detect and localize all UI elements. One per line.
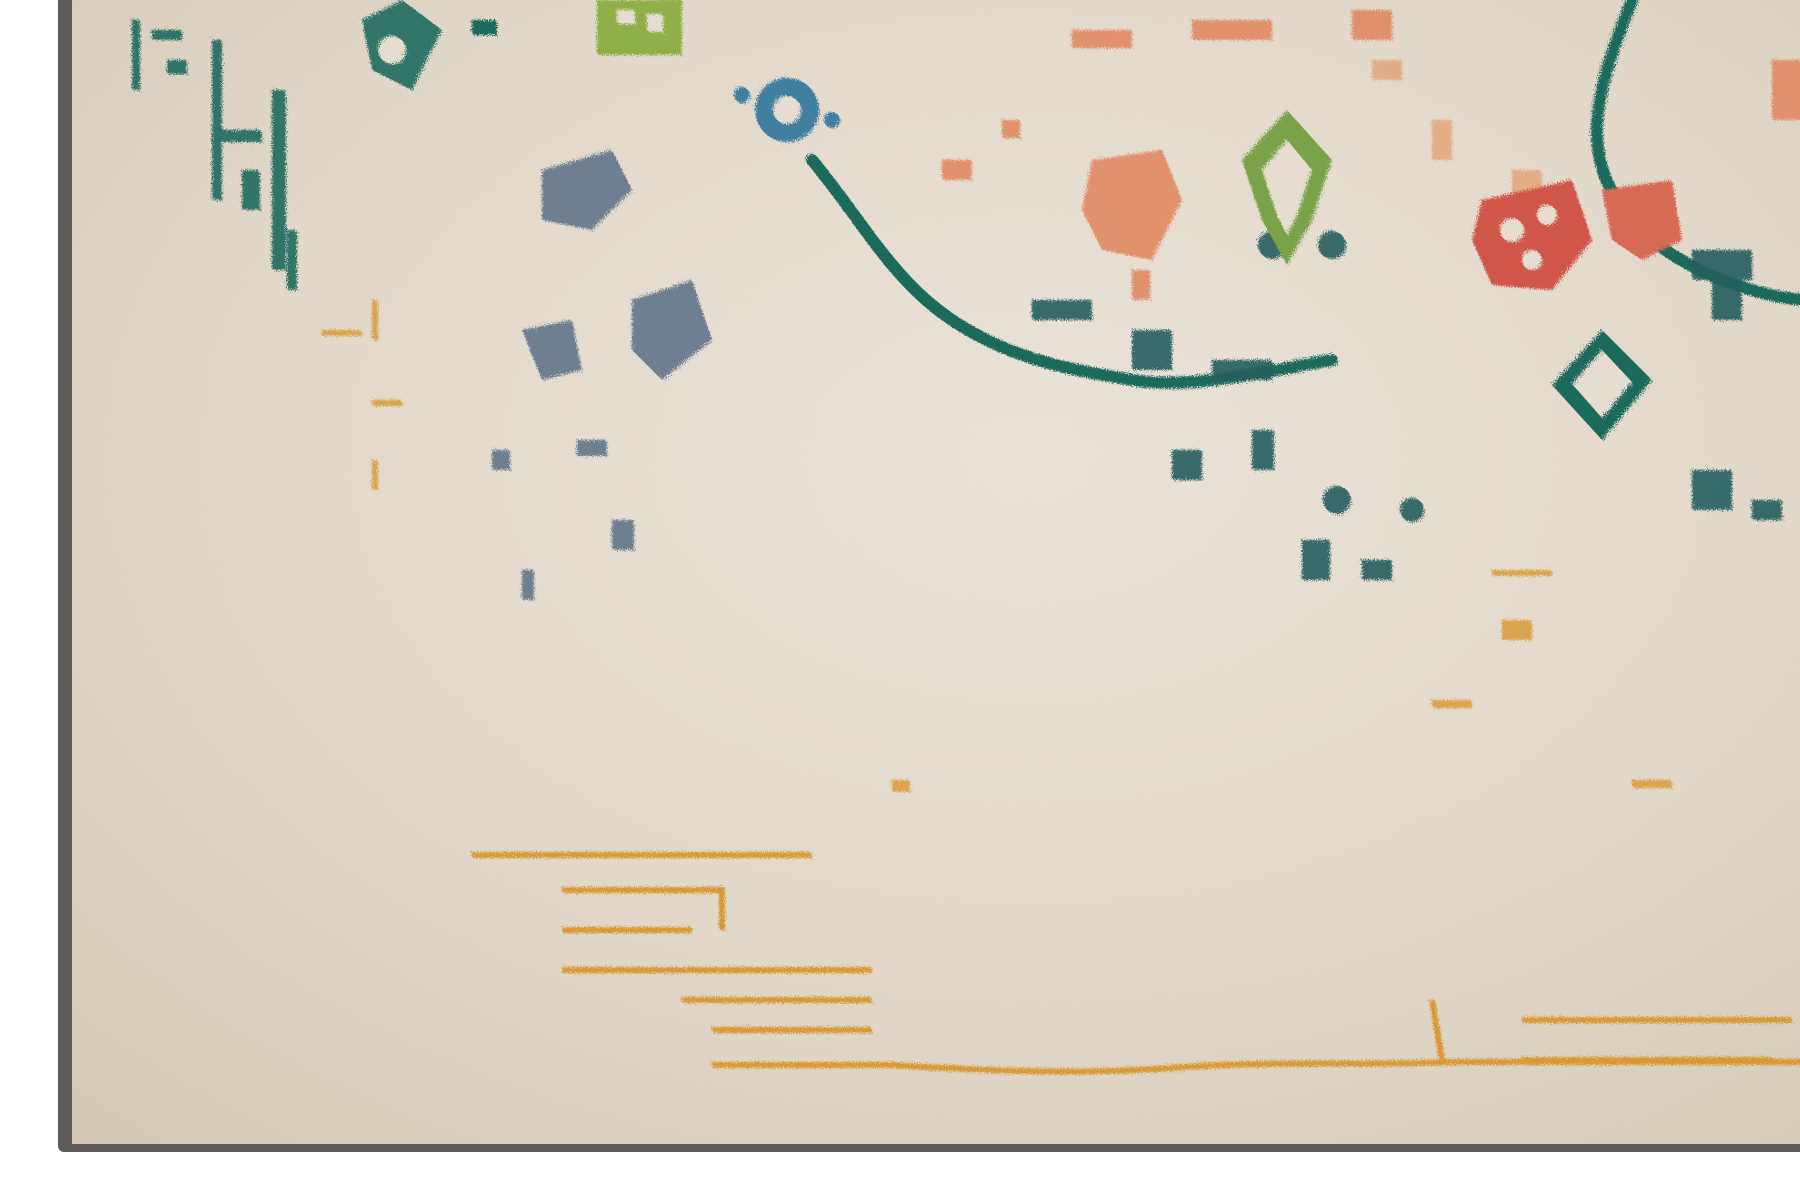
rug-photo (0, 0, 1800, 1200)
rug-pattern (72, 0, 1800, 1144)
green-square-motif (597, 0, 682, 55)
rug-surface (72, 0, 1800, 1144)
